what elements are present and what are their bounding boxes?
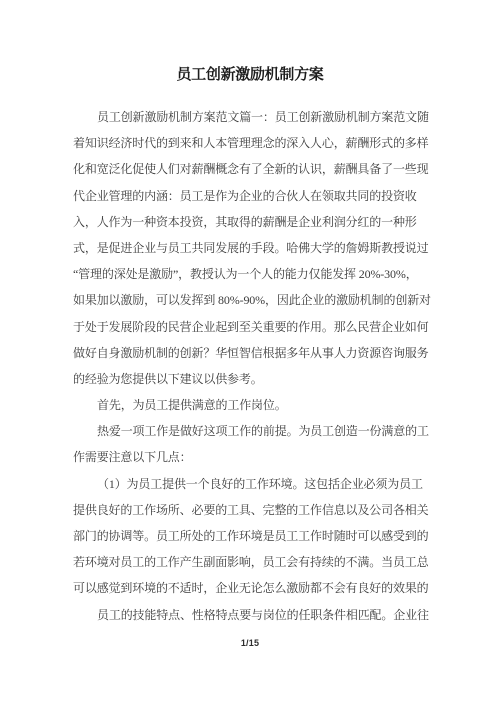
- text-line: 着知识经济时代的到来和人本管理理念的深入人心，薪酬形式的多样: [73, 130, 430, 156]
- text-line: 作需要注意以下几点：: [73, 444, 430, 470]
- text-line: 式，是促进企业与员工共同发展的手段。哈佛大学的詹姆斯教授说过: [73, 235, 430, 261]
- text-line: 于处于发展阶段的民营企业起到至关重要的作用。那么民营企业如何: [73, 314, 430, 340]
- text-line: 的经验为您提供以下建议以供参考。: [73, 366, 430, 392]
- text-line: 若环境对员工的工作产生副面影响，员工会有持续的不满。当员工总: [73, 549, 430, 575]
- document-body: 员工创新激励机制方案范文篇一：员工创新激励机制方案范文随着知识经济时代的到来和人…: [73, 104, 430, 628]
- text-line: 员工的技能特点、性格特点要与岗位的任职条件相匹配。企业往: [73, 602, 430, 628]
- text-line: 代企业管理的内涵：员工是作为企业的合伙人在领取共同的投资收: [73, 183, 430, 209]
- page-number: 1/15: [0, 638, 500, 648]
- text-line: 热爱一项工作是做好这项工作的前提。为员工创造一份满意的工: [73, 418, 430, 444]
- document-page: 员工创新激励机制方案 员工创新激励机制方案范文篇一：员工创新激励机制方案范文随着…: [0, 0, 500, 707]
- text-line: 提供良好的工作场所、必要的工具、完整的工作信息以及公司各相关: [73, 497, 430, 523]
- text-line: 部门的协调等。员工所处的工作环境是员工工作时随时可以感受到的: [73, 523, 430, 549]
- text-line: “管理的深处是激励”，教授认为一个人的能力仅能发挥 20%-30%，: [73, 261, 430, 287]
- text-line: 员工创新激励机制方案范文篇一：员工创新激励机制方案范文随: [73, 104, 430, 130]
- text-line: 可以感觉到环境的不适时，企业无论怎么激励都不会有良好的效果的: [73, 575, 430, 601]
- text-line: 入，人作为一种资本投资，其取得的薪酬是企业利润分红的一种形: [73, 209, 430, 235]
- document-title: 员工创新激励机制方案: [0, 63, 500, 84]
- text-line: 首先，为员工提供满意的工作岗位。: [73, 392, 430, 418]
- text-line: 化和宽泛化促使人们对薪酬概念有了全新的认识，薪酬具备了一些现: [73, 156, 430, 182]
- text-line: （1）为员工提供一个良好的工作环境。这包括企业必须为员工: [73, 471, 430, 497]
- text-line: 做好自身激励机制的创新？华恒智信根据多年从事人力资源咨询服务: [73, 340, 430, 366]
- text-line: 如果加以激励，可以发挥到 80%-90%，因此企业的激励机制的创新对: [73, 287, 430, 313]
